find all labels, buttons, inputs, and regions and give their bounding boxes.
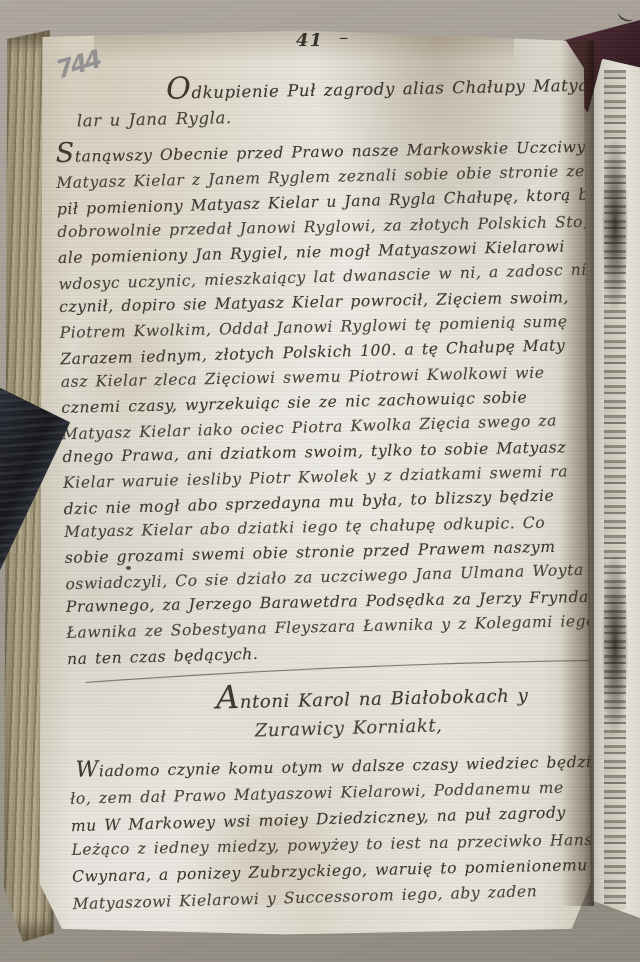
entry1-title-line: lar u Jana Rygla. [77, 97, 583, 133]
folio-number-value: 41 [296, 30, 323, 51]
entry1-body: Stanąwszy Obecnie przed Prawo nasze Mark… [55, 130, 595, 671]
entry2-body: Wiadomo czynie komu otym w dalsze czasy … [69, 747, 600, 916]
gutter-ink-stain [602, 555, 628, 735]
manuscript-text: Odkupienie Puł zagrody alias Chałupy Mat… [54, 68, 601, 916]
gutter-shadow [560, 40, 594, 906]
archival-photo: 41– 744 Odkupienie Puł zagrody alias Cha… [0, 0, 640, 962]
manuscript-page: 41– 744 Odkupienie Puł zagrody alias Cha… [34, 26, 594, 938]
folio-number: 41– [296, 30, 349, 51]
folio-dash: – [339, 27, 349, 48]
ink-mark-top-right [616, 7, 635, 24]
gutter-ink-stain [602, 140, 628, 310]
